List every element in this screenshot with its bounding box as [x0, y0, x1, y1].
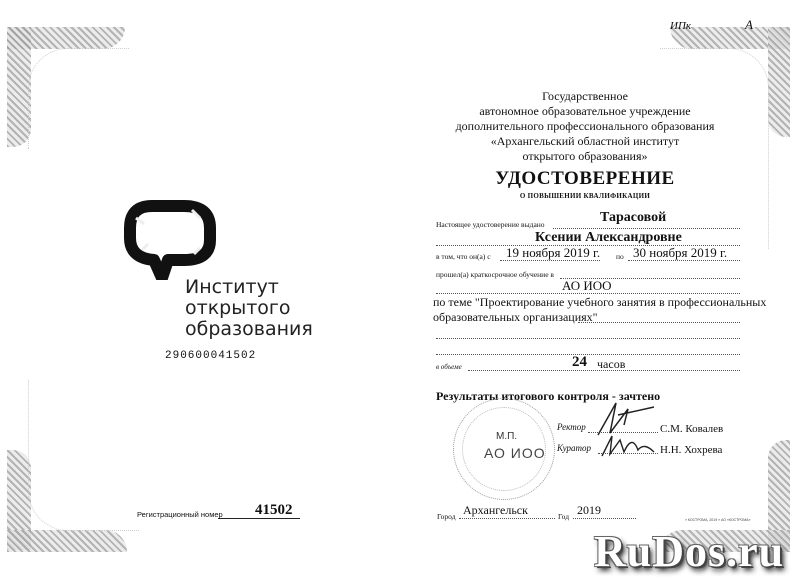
period-label: в том, что он(а) с	[436, 252, 491, 261]
issued-to-line	[553, 228, 740, 229]
topic-line-extra-1	[578, 322, 740, 323]
logo-line-1: Институт	[185, 277, 313, 298]
date-from: 19 ноября 2019 г.	[506, 245, 600, 261]
topic-line-2: образовательных организациях"	[433, 310, 598, 325]
hours-value: 24	[572, 354, 587, 371]
city-value: Архангельск	[463, 503, 528, 518]
logo-text: Институт открытого образования	[185, 277, 313, 340]
recipient-name: Ксении Александровне	[535, 230, 682, 246]
year-value: 2019	[577, 503, 601, 518]
topic-line-extra-2	[436, 338, 740, 339]
issuer-line-5: открытого образования»	[430, 149, 740, 164]
logo	[122, 200, 218, 285]
rector-name: С.М. Ковалев	[660, 423, 723, 435]
logo-line-3: образования	[185, 319, 313, 340]
date-to-label: по	[616, 252, 624, 261]
issuer-line-1: Государственное	[430, 89, 740, 104]
stamp-text: АО ИОО	[484, 445, 546, 461]
training-label: прошел(а) краткосрочное обучение в	[436, 270, 554, 279]
topic-line-1: по теме "Проектирование учебного занятия…	[433, 295, 766, 310]
hours-unit: часов	[597, 357, 625, 372]
rector-label: Ректор	[557, 422, 586, 432]
year-line	[573, 518, 636, 519]
certificate-title: УДОСТОВЕРЕНИЕ	[430, 168, 740, 190]
speech-bubble-icon	[122, 200, 218, 280]
curator-signature	[598, 432, 658, 460]
registration-label: Регистрационный номер	[137, 510, 223, 519]
institution: АО ИОО	[562, 278, 612, 294]
watermark: RuDos.ru	[594, 526, 784, 577]
volume-label: в объеме	[436, 363, 462, 371]
issuer-block: Государственное автономное образовательн…	[430, 89, 740, 164]
issuer-line-2: автономное образовательное учреждение	[430, 104, 740, 119]
barcode-number: 290600041502	[165, 350, 256, 362]
issued-to-label: Настоящее удостоверение выдано	[436, 220, 545, 229]
stamp-mp: М.П.	[496, 431, 517, 442]
issuer-line-3: дополнительного профессионального образо…	[430, 119, 740, 134]
handwritten-code: ИПк	[670, 20, 691, 32]
printer-imprint: « КОСТРОМА, 2019 » АО «КОСТРОМА»	[685, 518, 750, 522]
year-label: Год	[558, 512, 569, 521]
registration-number: 41502	[255, 502, 293, 519]
city-label: Город	[437, 512, 456, 521]
official-stamp: М.П. АО ИОО	[453, 398, 555, 500]
logo-line-2: открытого	[185, 298, 313, 319]
city-line	[459, 518, 555, 519]
certificate-subtitle: О ПОВЫШЕНИИ КВАЛИФИКАЦИИ	[430, 192, 740, 200]
recipient-surname: Тарасовой	[600, 210, 666, 226]
handwritten-letter: А	[745, 17, 753, 33]
topic-line-extra-3	[436, 354, 740, 355]
issuer-line-4: «Архангельский областной институт	[430, 134, 740, 149]
curator-name: Н.Н. Хохрева	[660, 444, 722, 456]
curator-label: Куратор	[557, 443, 591, 453]
date-to: 30 ноября 2019 г.	[633, 245, 727, 261]
